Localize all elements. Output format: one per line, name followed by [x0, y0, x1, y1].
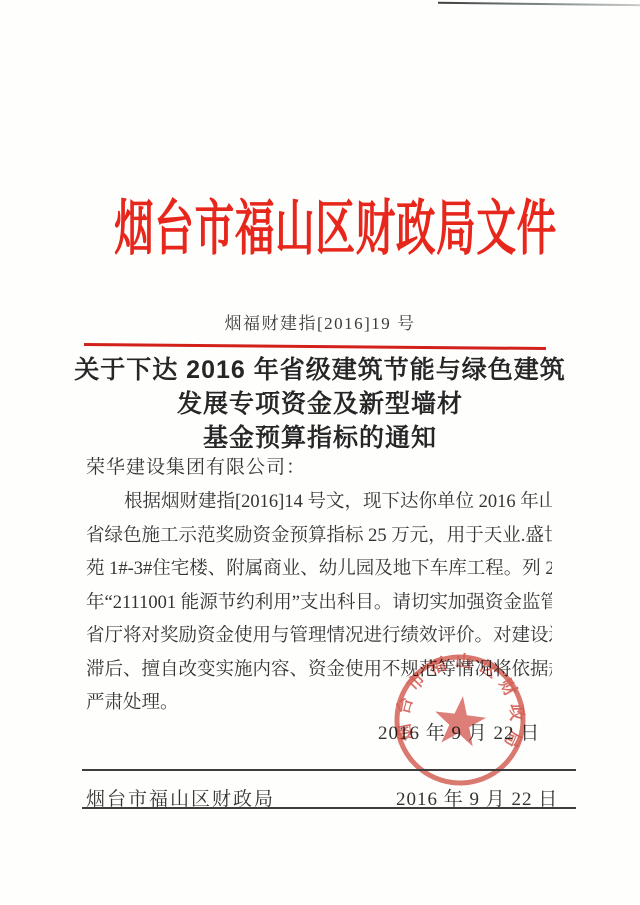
- body-line: 根据烟财建指[2016]14 号文，现下达你单位 2016 年山东: [86, 486, 552, 520]
- scan-artifact-line: [438, 2, 640, 6]
- doc-title-line-3: 基金预算指标的通知: [0, 421, 640, 455]
- body-line: 年“2111001 能源节约利用”支出科目。请切实加强资金监管，: [86, 587, 552, 621]
- body-line: 省绿色施工示范奖励资金预算指标 25 万元，用于天业.盛世景: [86, 520, 552, 554]
- doc-title: 关于下达 2016 年省级建筑节能与绿色建筑 发展专项资金及新型墙材 基金预算指…: [0, 353, 640, 455]
- footer-top-rule: [82, 769, 576, 771]
- footer-bottom-rule: [82, 807, 576, 809]
- body-line: 苑 1#-3#住宅楼、附属商业、幼儿园及地下车库工程。列 2016: [86, 553, 552, 587]
- official-seal: 烟台市福山区财政局: [378, 638, 543, 803]
- seal-star-icon: [432, 693, 489, 747]
- doc-title-line-2: 发展专项资金及新型墙材: [0, 387, 640, 421]
- red-separator-rule: [84, 343, 546, 350]
- doc-number: 烟福财建指[2016]19 号: [0, 309, 640, 334]
- agency-banner-text: 烟台市福山区财政局文件: [114, 192, 557, 266]
- document-page: 烟台市福山区财政局文件 烟福财建指[2016]19 号 关于下达 2016 年省…: [0, 0, 640, 905]
- agency-banner: 烟台市福山区财政局文件: [0, 192, 640, 266]
- recipient-line: 荣华建设集团有限公司：: [86, 452, 306, 479]
- doc-title-line-1: 关于下达 2016 年省级建筑节能与绿色建筑: [0, 353, 640, 387]
